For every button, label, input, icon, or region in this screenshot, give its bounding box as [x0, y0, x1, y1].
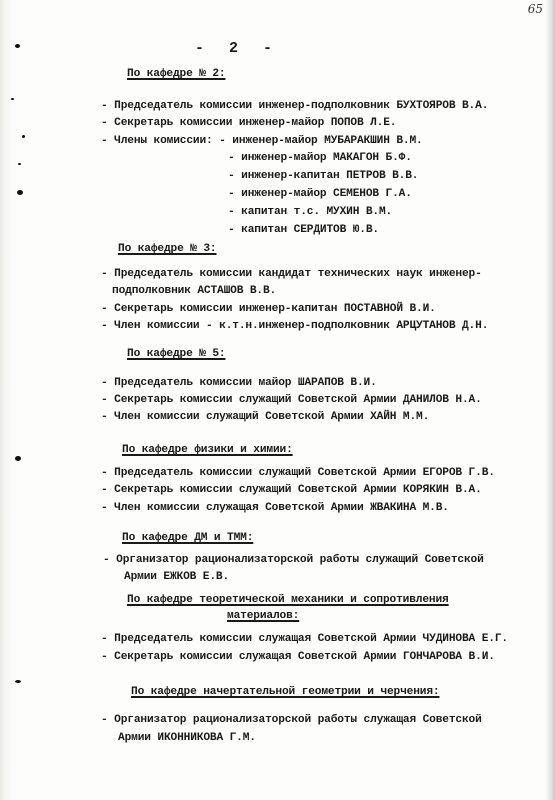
margin-speck: [15, 456, 21, 461]
list-item: - Организатор рационализаторской работы …: [101, 714, 482, 726]
list-item: - Председатель комиссии инженер-подполко…: [101, 100, 488, 112]
list-item: Армии ЕЖКОВ Е.В.: [124, 571, 229, 583]
section-heading-continued: материалов:: [227, 610, 299, 622]
list-item: - Член комиссии служащая Советской Армии…: [101, 502, 449, 514]
list-item: - капитан т.с. МУХИН В.М.: [228, 206, 392, 218]
margin-speck: [15, 680, 21, 683]
margin-speck: [17, 190, 23, 195]
list-item: - инженер-майор СЕМЕНОВ Г.А.: [228, 188, 412, 200]
margin-speck: [15, 44, 20, 48]
section-heading: По кафедре № 5:: [127, 348, 225, 360]
section-heading: По кафедре теоретической механики и сопр…: [127, 594, 449, 606]
archive-page-number: 65: [528, 2, 543, 16]
margin-speck: [18, 163, 21, 165]
document-page: 65 - 2 - По кафедре № 2:- Председатель к…: [0, 0, 555, 800]
section-heading: По кафедре физики и химии:: [122, 444, 293, 456]
list-item: - Председатель комиссии служащая Советск…: [101, 633, 508, 645]
section-heading: По кафедре № 3:: [118, 243, 216, 255]
list-item: - Секретарь комиссии служащий Советской …: [101, 394, 482, 406]
section-heading: По кафедре начертательной геометрии и че…: [131, 686, 440, 698]
list-item: - Члены комиссии: - инженер-майор МУБАРА…: [101, 135, 423, 147]
list-item: - инженер-капитан ПЕТРОВ В.В.: [228, 170, 418, 182]
section-heading: По кафедре ДМ и ТММ:: [122, 532, 253, 544]
list-item: - Председатель комиссии кандидат техниче…: [101, 268, 482, 280]
list-item: - Секретарь комиссии инженер-майор ПОПОВ…: [101, 117, 396, 129]
list-item: - Председатель комиссии майор ШАРАПОВ В.…: [101, 377, 377, 389]
list-item: - Секретарь комиссии служащий Советской …: [101, 484, 482, 496]
list-item: - Секретарь комиссии служащая Советской …: [101, 651, 495, 663]
list-item: - инженер-майор МАКАГОН Б.Ф.: [228, 152, 412, 164]
list-item: - капитан СЕРДИТОВ Ю.В.: [228, 224, 379, 236]
list-item: - Секретарь комиссии инженер-капитан ПОС…: [101, 303, 436, 315]
list-item: - Член комиссии - к.т.н.инженер-подполко…: [101, 320, 488, 332]
section-heading: По кафедре № 2:: [127, 68, 225, 80]
margin-speck: [22, 135, 25, 138]
page-number: - 2 -: [0, 40, 515, 57]
list-item: Армии ИКОННИКОВА Г.М.: [118, 732, 256, 744]
list-item: подполковник АСТАШОВ В.В.: [112, 285, 276, 297]
list-item: - Председатель комиссии служащий Советск…: [101, 467, 495, 479]
margin-speck: [11, 98, 14, 100]
list-item: - Член комиссии служащий Советской Армии…: [101, 411, 429, 423]
list-item: - Организатор рационализаторской работы …: [103, 554, 484, 566]
